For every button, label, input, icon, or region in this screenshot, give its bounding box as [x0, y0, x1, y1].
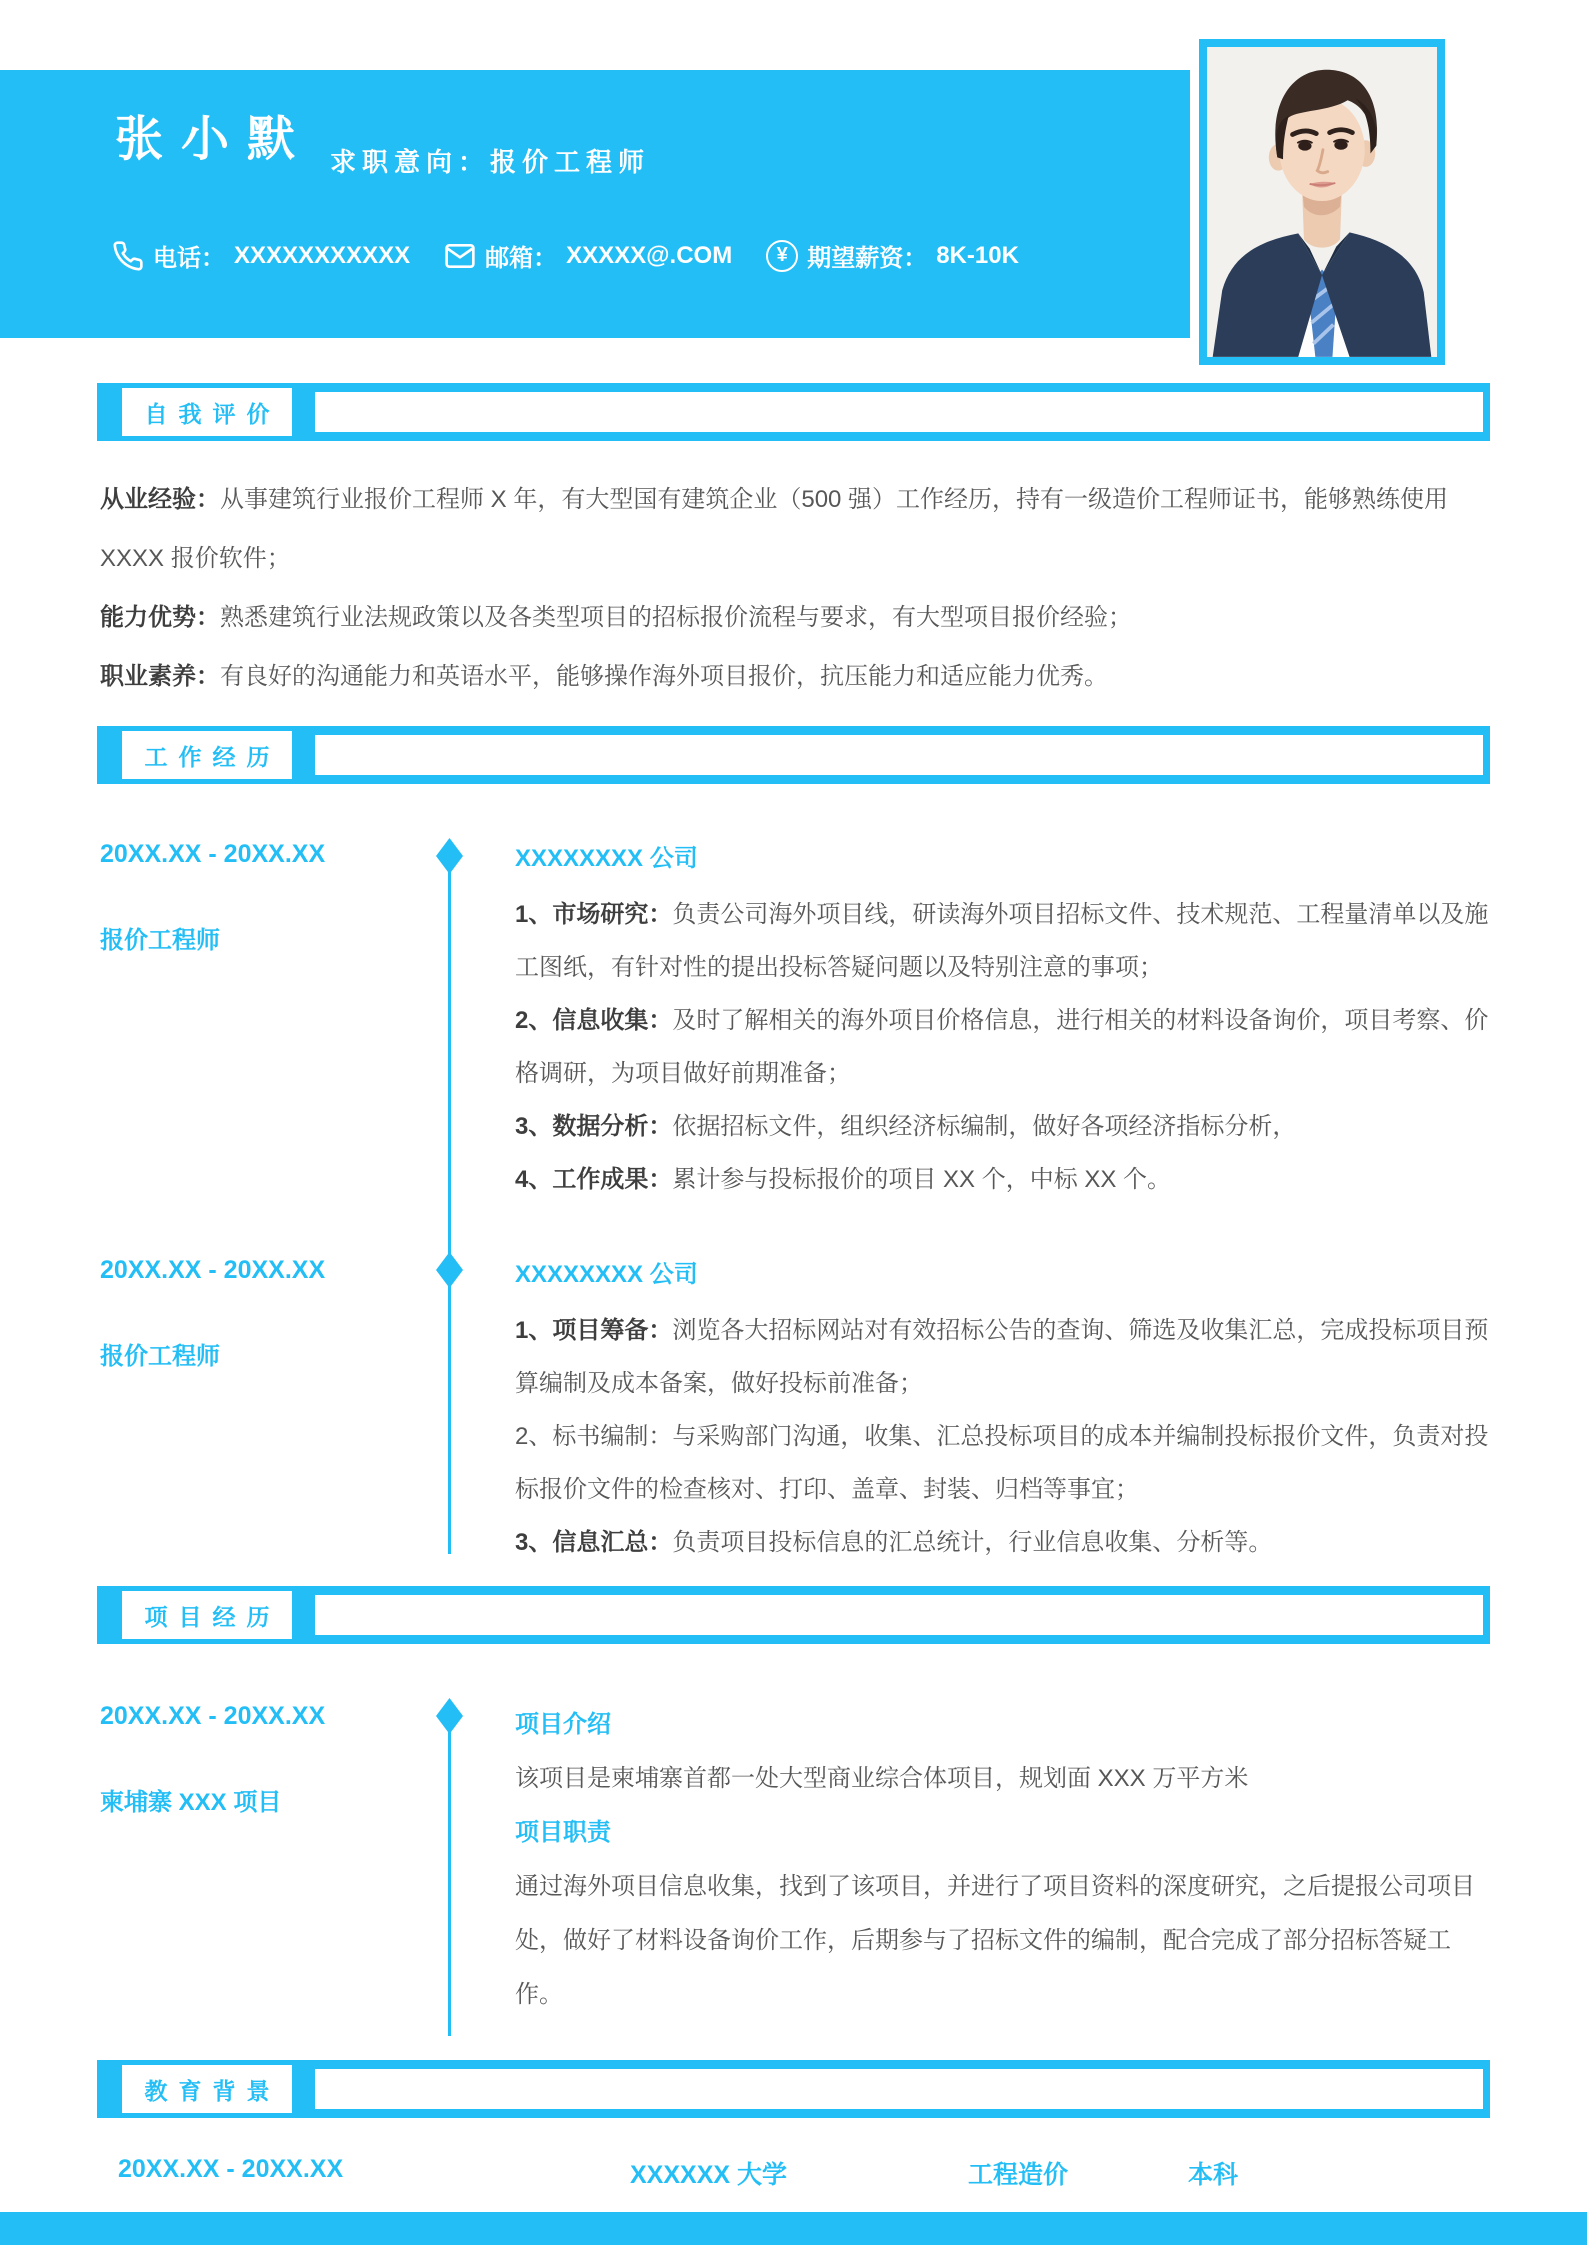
- contact-row: 电话：XXXXXXXXXXX 邮箱：XXXXX@.COM ¥ 期望薪资：8K-1…: [112, 238, 1019, 273]
- section-header-rule: [315, 1595, 1483, 1635]
- job-item: 1、市场研究：负责公司海外项目线，研读海外项目招标文件、技术规范、工程量清单以及…: [515, 888, 1493, 994]
- salary-label: 期望薪资：: [807, 238, 927, 273]
- self-eval-text: 有良好的沟通能力和英语水平，能够操作海外项目报价，抗压能力和适应能力优秀。: [220, 663, 1108, 690]
- job-item: 3、数据分析：依据招标文件，组织经济标编制，做好各项经济指标分析，: [515, 1100, 1493, 1153]
- job-item-label: 1、项目筹备：: [515, 1317, 672, 1344]
- job-company: XXXXXXXX 公司: [515, 838, 698, 873]
- section-title-self-evaluation: 自我评价: [122, 388, 292, 436]
- timeline-diamond: [436, 1252, 463, 1288]
- section-header-rule: [315, 392, 1483, 432]
- timeline-line-work: [448, 856, 451, 1554]
- project-period: 20XX.XX - 20XX.XX: [100, 1702, 325, 1731]
- email-label: 邮箱：: [485, 238, 557, 273]
- header-banner: 张小默 求职意向：报价工程师 电话：XXXXXXXXXXX 邮箱：XXXXX@.…: [0, 70, 1190, 338]
- section-header-work: 工作经历: [97, 726, 1490, 784]
- education-degree: 本科: [1188, 2155, 1238, 2191]
- job-item: 4、工作成果：累计参与投标报价的项目 XX 个，中标 XX 个。: [515, 1153, 1493, 1206]
- education-period: 20XX.XX - 20XX.XX: [118, 2155, 343, 2184]
- project-details: 项目介绍 该项目是柬埔寨首都一处大型商业综合体项目，规划面 XXX 万平方米 项…: [515, 1698, 1493, 2022]
- project-name: 柬埔寨 XXX 项目: [100, 1782, 281, 1817]
- timeline-diamond: [436, 1698, 463, 1734]
- phone-icon: [112, 240, 144, 272]
- job-details: 1、市场研究：负责公司海外项目线，研读海外项目招标文件、技术规范、工程量清单以及…: [515, 888, 1493, 1206]
- job-company: XXXXXXXX 公司: [515, 1254, 698, 1289]
- section-title-work: 工作经历: [122, 731, 292, 779]
- profile-photo-illustration: [1207, 47, 1437, 357]
- job-item-label: 2、标书编制：: [515, 1423, 672, 1450]
- job-intention: 求职意向：报价工程师: [330, 142, 650, 179]
- email-value: XXXXX@.COM: [566, 242, 732, 270]
- phone-value: XXXXXXXXXXX: [234, 242, 410, 270]
- section-header-rule: [315, 735, 1483, 775]
- self-eval-item: 职业素养：有良好的沟通能力和英语水平，能够操作海外项目报价，抗压能力和适应能力优…: [100, 647, 1492, 706]
- job-details: 1、项目筹备：浏览各大招标网站对有效招标公告的查询、筛选及收集汇总，完成投标项目…: [515, 1304, 1493, 1569]
- resume-page: 张小默 求职意向：报价工程师 电话：XXXXXXXXXXX 邮箱：XXXXX@.…: [0, 0, 1587, 2245]
- self-eval-text: 熟悉建筑行业法规政策以及各类型项目的招标报价流程与要求，有大型项目报价经验；: [220, 604, 1132, 631]
- footer-band: [0, 2212, 1587, 2245]
- yen-circle-icon: ¥: [766, 240, 798, 272]
- self-eval-item: 能力优势：熟悉建筑行业法规政策以及各类型项目的招标报价流程与要求，有大型项目报价…: [100, 588, 1492, 647]
- job-item-label: 3、信息汇总：: [515, 1529, 672, 1556]
- job-item: 2、标书编制：与采购部门沟通，收集、汇总投标项目的成本并编制投标报价文件，负责对…: [515, 1410, 1493, 1516]
- timeline-line-project: [448, 1720, 451, 2036]
- contact-salary: ¥ 期望薪资：8K-10K: [766, 238, 1019, 273]
- mail-icon: [444, 240, 476, 272]
- candidate-name: 张小默: [115, 100, 313, 169]
- self-eval-text: 从事建筑行业报价工程师 X 年，有大型国有建筑企业（500 强）工作经历，持有一…: [100, 486, 1448, 572]
- section-header-project: 项目经历: [97, 1586, 1490, 1644]
- project-duty-heading: 项目职责: [515, 1806, 1493, 1860]
- contact-phone: 电话：XXXXXXXXXXX: [112, 238, 410, 273]
- job-item: 2、信息收集：及时了解相关的海外项目价格信息，进行相关的材料设备询价，项目考察、…: [515, 994, 1493, 1100]
- job-role: 报价工程师: [100, 920, 220, 955]
- timeline-diamond: [436, 838, 463, 874]
- self-eval-item: 从业经验：从事建筑行业报价工程师 X 年，有大型国有建筑企业（500 强）工作经…: [100, 470, 1492, 588]
- job-item-text: 依据招标文件，组织经济标编制，做好各项经济指标分析，: [672, 1113, 1296, 1140]
- project-intro-heading: 项目介绍: [515, 1698, 1493, 1752]
- education-major: 工程造价: [968, 2155, 1068, 2191]
- project-duty-text: 通过海外项目信息收集，找到了该项目，并进行了项目资料的深度研究，之后提报公司项目…: [515, 1860, 1493, 2022]
- job-item-label: 1、市场研究：: [515, 901, 672, 928]
- job-period: 20XX.XX - 20XX.XX: [100, 840, 325, 869]
- self-evaluation-body: 从业经验：从事建筑行业报价工程师 X 年，有大型国有建筑企业（500 强）工作经…: [100, 470, 1492, 706]
- job-item-label: 3、数据分析：: [515, 1113, 672, 1140]
- section-header-self-evaluation: 自我评价: [97, 383, 1490, 441]
- job-item-text: 负责项目投标信息的汇总统计，行业信息收集、分析等。: [672, 1529, 1272, 1556]
- job-period: 20XX.XX - 20XX.XX: [100, 1256, 325, 1285]
- phone-label: 电话：: [153, 238, 225, 273]
- self-eval-label: 能力优势：: [100, 604, 220, 631]
- contact-email: 邮箱：XXXXX@.COM: [444, 238, 732, 273]
- section-header-rule: [315, 2069, 1483, 2109]
- job-role: 报价工程师: [100, 1336, 220, 1371]
- section-title-project: 项目经历: [122, 1591, 292, 1639]
- section-header-education: 教育背景: [97, 2060, 1490, 2118]
- education-school: XXXXXX 大学: [630, 2155, 787, 2191]
- job-item-label: 2、信息收集：: [515, 1007, 672, 1034]
- job-item: 1、项目筹备：浏览各大招标网站对有效招标公告的查询、筛选及收集汇总，完成投标项目…: [515, 1304, 1493, 1410]
- job-item: 3、信息汇总：负责项目投标信息的汇总统计，行业信息收集、分析等。: [515, 1516, 1493, 1569]
- self-eval-label: 从业经验：: [100, 486, 220, 513]
- self-eval-label: 职业素养：: [100, 663, 220, 690]
- job-item-text: 累计参与投标报价的项目 XX 个，中标 XX 个。: [672, 1166, 1171, 1193]
- job-item-label: 4、工作成果：: [515, 1166, 672, 1193]
- salary-value: 8K-10K: [936, 242, 1019, 270]
- section-title-education: 教育背景: [122, 2065, 292, 2113]
- profile-photo: [1199, 39, 1445, 365]
- project-intro-text: 该项目是柬埔寨首都一处大型商业综合体项目，规划面 XXX 万平方米: [515, 1752, 1493, 1806]
